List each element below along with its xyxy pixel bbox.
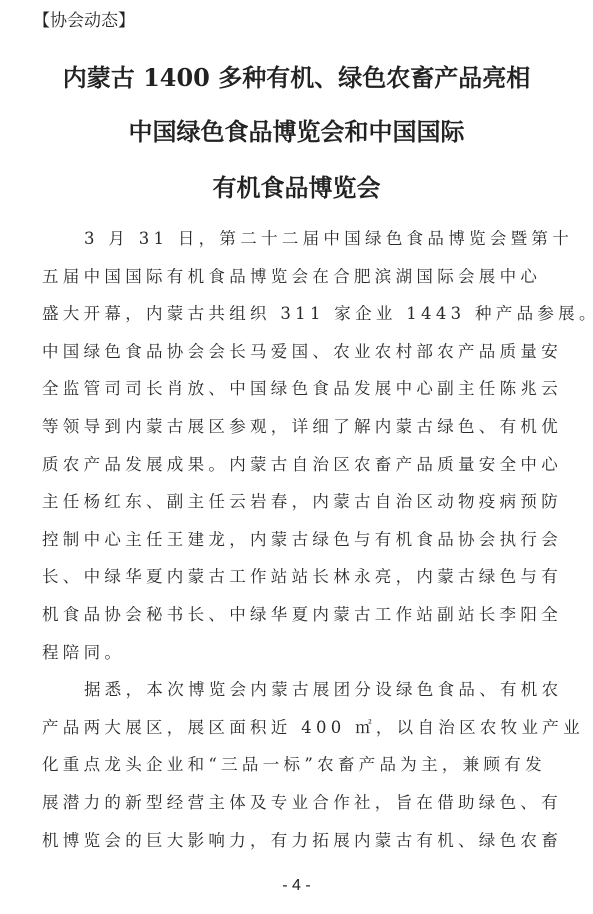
body-line: 机食品协会秘书长、中绿华夏内蒙古工作站副站长李阳全	[42, 596, 554, 634]
body-line: 主任杨红东、副主任云岩春，内蒙古自治区动物疫病预防	[42, 483, 554, 521]
body-line: 五届中国国际有机食品博览会在合肥滨湖国际会展中心	[42, 258, 554, 296]
body-line: 3 月 31 日，第二十二届中国绿色食品博览会暨第十	[42, 220, 554, 258]
body-line: 全监管司司长肖放、中国绿色食品发展中心副主任陈兆云	[42, 370, 554, 408]
page-number: - 4 -	[0, 877, 593, 895]
body-line: 等领导到内蒙古展区参观，详细了解内蒙古绿色、有机优	[42, 408, 554, 446]
title-line-1: 内蒙古 1400 多种有机、绿色农畜产品亮相	[0, 58, 593, 93]
title-line-3: 有机食品博览会	[0, 168, 593, 203]
body-line: 产品两大展区，展区面积近 400 ㎡，以自治区农牧业产业	[42, 709, 554, 747]
title-line-2: 中国绿色食品博览会和中国国际	[0, 112, 593, 147]
body-line: 长、中绿华夏内蒙古工作站站长林永亮，内蒙古绿色与有	[42, 558, 554, 596]
body-line: 化重点龙头企业和“三品一标”农畜产品为主，兼顾有发	[42, 746, 554, 784]
body-line: 展潜力的新型经营主体及专业合作社，旨在借助绿色、有	[42, 784, 554, 822]
body-line: 据悉，本次博览会内蒙古展团分设绿色食品、有机农	[42, 671, 554, 709]
body-line: 中国绿色食品协会会长马爱国、农业农村部农产品质量安	[42, 333, 554, 371]
body-line: 控制中心主任王建龙，内蒙古绿色与有机食品协会执行会	[42, 521, 554, 559]
body-line: 程陪同。	[42, 634, 554, 672]
body-line: 机博览会的巨大影响力，有力拓展内蒙古有机、绿色农畜	[42, 822, 554, 860]
paragraph-2: 据悉，本次博览会内蒙古展团分设绿色食品、有机农 产品两大展区，展区面积近 400…	[42, 671, 554, 859]
body-line: 质农产品发展成果。内蒙古自治区农畜产品质量安全中心	[42, 446, 554, 484]
section-tag: 【协会动态】	[33, 8, 135, 34]
paragraph-1: 3 月 31 日，第二十二届中国绿色食品博览会暨第十 五届中国国际有机食品博览会…	[42, 220, 554, 671]
body-line: 盛大开幕，内蒙古共组织 311 家企业 1443 种产品参展。	[42, 295, 554, 333]
article-body: 3 月 31 日，第二十二届中国绿色食品博览会暨第十 五届中国国际有机食品博览会…	[42, 220, 554, 859]
